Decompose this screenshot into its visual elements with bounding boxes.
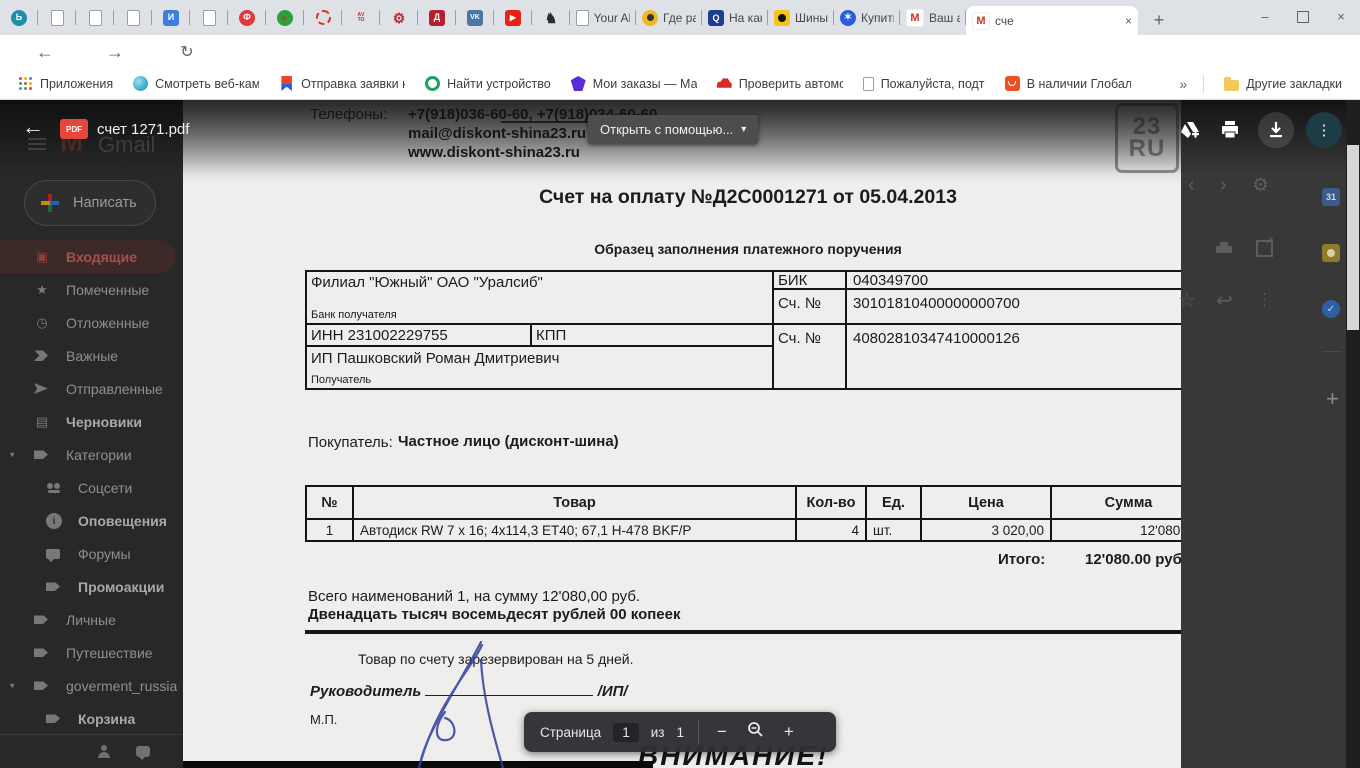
- tag-icon: [34, 648, 48, 657]
- people-icon: [46, 480, 62, 496]
- apps-icon: [18, 76, 33, 91]
- other-bookmarks-label: Другие закладки: [1246, 77, 1342, 91]
- sidebar-item-черновики[interactable]: ▤Черновики: [0, 405, 183, 438]
- tab-3[interactable]: Шины Т: [768, 0, 834, 35]
- pinned-tabs: ЬИФ▸АV ТО⚙ДVK▶♞: [0, 0, 570, 35]
- table-row: 1Автодиск RW 7 x 16; 4x114,3 ET40; 67,1 …: [307, 518, 1181, 540]
- sidebar-item-промоакции[interactable]: Промоакции: [0, 570, 183, 603]
- tag-icon: [34, 681, 48, 690]
- inbox-icon: ▣: [34, 249, 50, 265]
- sidebar-item-label: Черновики: [66, 414, 142, 430]
- pinned-tab-dashed-ring[interactable]: [304, 0, 342, 35]
- table-header-cell: Товар: [354, 487, 797, 518]
- bookmark-6[interactable]: Пожалуйста, подтве: [853, 72, 995, 96]
- vk-icon: VK: [467, 10, 483, 26]
- gmail-icon: M: [906, 9, 924, 27]
- printer-icon: [1219, 119, 1241, 141]
- avto-icon: АV ТО: [355, 10, 367, 26]
- pinned-tab-yandex[interactable]: И: [152, 0, 190, 35]
- sidebar-item-label: Корзина: [78, 711, 135, 727]
- hangouts-icon[interactable]: [136, 746, 150, 757]
- bank-table: Филиал "Южный" ОАО "Уралсиб" Банк получа…: [305, 270, 1181, 390]
- table-cell: Автодиск RW 7 x 16; 4x114,3 ET40; 67,1 Н…: [354, 518, 797, 540]
- zoom-in-button[interactable]: +: [780, 722, 798, 742]
- table-header-cell: Сумма: [1052, 487, 1181, 518]
- page-label: Страница: [540, 725, 601, 740]
- pinned-tab-avto[interactable]: АV ТО: [342, 0, 380, 35]
- info-icon: [46, 513, 62, 529]
- total-pages: 1: [676, 725, 684, 740]
- sidebar-item-label: Помеченные: [66, 282, 149, 298]
- close-window-button[interactable]: ×: [1322, 0, 1360, 33]
- corr-account-value: 30101810400000000700: [853, 295, 1020, 312]
- sidebar-item-форумы[interactable]: Форумы: [0, 537, 183, 570]
- bookmark-5[interactable]: Проверить автомоб: [707, 72, 853, 96]
- ring-icon: [425, 76, 440, 91]
- star-message-icon[interactable]: ☆: [1178, 288, 1196, 313]
- send-icon: [34, 383, 48, 394]
- sidebar-item-важные[interactable]: Важные: [0, 339, 183, 372]
- sidebar-item-отправленные[interactable]: Отправленные: [0, 372, 183, 405]
- more-options-button[interactable]: ⋮: [1306, 112, 1342, 148]
- tasks-icon[interactable]: ✓: [1322, 300, 1340, 318]
- chevron-down-icon: ▾: [741, 124, 746, 135]
- kpp-label: КПП: [536, 327, 566, 344]
- car-icon: [717, 76, 732, 91]
- company-logo: 23 RU: [1115, 103, 1179, 173]
- ysquare-icon: [774, 10, 790, 26]
- pinned-tab-red-gear[interactable]: ⚙: [380, 0, 418, 35]
- invoice-subtitle: Образец заполнения платежного поручения: [363, 241, 1133, 257]
- chat-icon: [46, 549, 60, 559]
- bookmarks-overflow-button[interactable]: »: [1173, 76, 1193, 92]
- sidebar-footer: [0, 734, 183, 768]
- youtube-icon: ▶: [505, 10, 521, 26]
- browser-window: ЬИФ▸АV ТО⚙ДVK▶♞ Your AlГде разQНа какШин…: [0, 0, 1360, 768]
- pdf-preview-overlay: Написать ▣Входящие★Помеченные◷Отложенные…: [0, 100, 1360, 768]
- bookmark-label: Мои заказы — Марк: [593, 77, 697, 91]
- table-header-cell: №: [307, 487, 354, 518]
- chess-knight-icon: ♞: [543, 10, 559, 26]
- tab-label: сче: [995, 14, 1014, 28]
- chevron-down-icon[interactable]: ▾: [10, 680, 15, 691]
- account-label: Сч. №: [778, 330, 821, 347]
- back-arrow-icon[interactable]: ←: [22, 114, 44, 140]
- window-controls: – ×: [1246, 0, 1360, 33]
- bookmark-label: Пожалуйста, подтве: [881, 77, 985, 91]
- table-header-cell: Кол-во: [797, 487, 867, 518]
- print-ghost-icon[interactable]: [1216, 242, 1232, 256]
- add-addon-icon[interactable]: +: [1326, 386, 1339, 412]
- keep-bulb: [1327, 249, 1335, 257]
- bookmarks-list: ПриложенияСмотреть веб-камерОтправка зая…: [8, 72, 1141, 96]
- page-of-label: из: [651, 725, 665, 740]
- message-menu-icon[interactable]: ⋮: [1256, 290, 1273, 310]
- bookmark-4[interactable]: Мои заказы — Марк: [561, 72, 707, 96]
- bookmark-2[interactable]: Отправка заявки на: [269, 72, 415, 96]
- clock-icon: ◷: [34, 315, 50, 331]
- sidebar-item-goverment_russia[interactable]: ▾goverment_russia: [0, 669, 183, 702]
- invoice-title: Счет на оплату №Д2С0001271 от 05.04.2013: [363, 186, 1133, 209]
- phones-label: Телефоны:: [310, 106, 387, 123]
- maximize-icon: [1297, 11, 1309, 23]
- table-cell: 12'080,00: [1052, 518, 1181, 540]
- sidebar-item-личные[interactable]: Личные: [0, 603, 183, 636]
- director-suffix: /ИП/: [598, 683, 628, 700]
- pinned-tab-chess-knight[interactable]: ♞: [532, 0, 570, 35]
- zoom-reset-button[interactable]: [743, 721, 768, 743]
- sidebar-item-label: Личные: [66, 612, 116, 628]
- bookmark-label: Смотреть веб-камер: [155, 77, 259, 91]
- reply-icon[interactable]: ↩: [1216, 288, 1233, 313]
- download-button[interactable]: [1258, 112, 1294, 148]
- sidebar-item-label: Соцсети: [78, 480, 132, 496]
- tab-strip: ЬИФ▸АV ТО⚙ДVK▶♞ Your AlГде разQНа какШин…: [0, 0, 1360, 35]
- buyer-label: Покупатель:: [308, 434, 393, 451]
- pinned-tab-youtube[interactable]: ▶: [494, 0, 532, 35]
- forward-button[interactable]: →: [102, 39, 128, 65]
- tab-label: Ваш ак: [929, 11, 960, 25]
- current-page-field[interactable]: 1: [613, 723, 639, 742]
- plus-icon: [41, 194, 59, 212]
- tag-icon: [46, 582, 60, 591]
- yandex-icon: И: [163, 10, 179, 26]
- bookmark-1[interactable]: Смотреть веб-камер: [123, 72, 269, 96]
- bookmark-label: В наличии Глобальн: [1027, 77, 1131, 91]
- pin-icon: [279, 76, 294, 91]
- open-with-label: Открыть с помощью...: [600, 122, 733, 137]
- tab-4[interactable]: ✶Купить: [834, 0, 900, 35]
- maximize-button[interactable]: [1284, 0, 1322, 33]
- pager-divider: [698, 721, 699, 743]
- sidebar-item-соцсети[interactable]: Соцсети: [0, 471, 183, 504]
- fonbet-icon: Ф: [239, 10, 255, 26]
- table-cell: 4: [797, 518, 867, 540]
- email-value: mail@diskont-shina23.ru: [408, 125, 586, 142]
- other-bookmarks-button[interactable]: Другие закладки: [1214, 72, 1352, 96]
- sidebar-item-label: Отложенные: [66, 315, 149, 331]
- pinned-tab-fonbet[interactable]: Ф: [228, 0, 266, 35]
- summary-line1: Всего наименований 1, на сумму 12'080,00…: [308, 588, 640, 605]
- open-with-button[interactable]: Открыть с помощью... ▾: [588, 115, 758, 144]
- circle-icon: [133, 76, 148, 91]
- drom-icon: Д: [429, 10, 445, 26]
- sidebar-item-label: goverment_russia: [66, 678, 177, 694]
- sidebar-item-оповещения[interactable]: Оповещения: [0, 504, 183, 537]
- blank-page-icon: [51, 10, 64, 26]
- green-circle-icon: ▸: [277, 10, 293, 26]
- table-cell: шт.: [867, 518, 922, 540]
- corr-account-label: Сч. №: [778, 295, 821, 312]
- blank-page-icon: [127, 10, 140, 26]
- inn-value: ИНН 231002229755: [311, 327, 448, 344]
- bookmarks-divider: [1203, 75, 1204, 93]
- minimize-button[interactable]: –: [1246, 0, 1284, 33]
- chevron-down-icon[interactable]: ▾: [10, 449, 15, 460]
- doc-icon: ▤: [34, 414, 50, 430]
- panel-divider: [1322, 351, 1342, 352]
- doc-icon: [863, 77, 874, 91]
- scrollbar-thumb[interactable]: [1347, 145, 1359, 330]
- sidebar-item-label: Промоакции: [78, 579, 164, 595]
- compose-label: Написать: [73, 195, 137, 211]
- gmail-sidebar: Написать ▣Входящие★Помеченные◷Отложенные…: [0, 100, 183, 768]
- compose-button[interactable]: Написать: [24, 180, 156, 226]
- tab-label: Где раз: [663, 11, 696, 25]
- tab-label: Your Al: [594, 11, 630, 25]
- items-table: №ТоварКол-воЕд.ЦенаСумма1Автодиск RW 7 x…: [305, 485, 1181, 542]
- ycircle-icon: [642, 10, 658, 26]
- pinned-tab-green-circle[interactable]: ▸: [266, 0, 304, 35]
- sidebar-item-корзина[interactable]: Корзина: [0, 702, 183, 735]
- bank-name: Филиал "Южный" ОАО "Уралсиб": [311, 274, 543, 291]
- bag-icon: [1005, 76, 1020, 91]
- newer-conversation-icon[interactable]: ›: [1220, 174, 1227, 197]
- total-value: 12'080.00 руб: [1085, 551, 1181, 568]
- tab-2[interactable]: QНа как: [702, 0, 768, 35]
- tag-icon: [46, 714, 60, 723]
- sidebar-item-отложенные[interactable]: ◷Отложенные: [0, 306, 183, 339]
- page-icon: [576, 10, 589, 26]
- sidebar-item-label: Категории: [66, 447, 132, 463]
- older-conversation-icon[interactable]: ‹: [1188, 174, 1195, 197]
- recipient-name: ИП Пашковский Роман Дмитриевич: [311, 350, 560, 367]
- settings-gear-icon[interactable]: ⚙: [1252, 174, 1269, 197]
- print-button[interactable]: [1218, 118, 1242, 142]
- bookmark-0[interactable]: Приложения: [8, 72, 123, 96]
- zoom-out-button[interactable]: −: [713, 722, 731, 742]
- new-tab-button[interactable]: +: [1144, 5, 1174, 35]
- dashed-ring-icon: [316, 10, 331, 25]
- tab-1[interactable]: Где раз: [636, 0, 702, 35]
- pinned-tab-drom[interactable]: Д: [418, 0, 456, 35]
- bookmarks-bar: ПриложенияСмотреть веб-камерОтправка зая…: [0, 68, 1360, 100]
- kebab-icon: ⋮: [1317, 121, 1332, 139]
- sidebar-item-label: Форумы: [78, 546, 131, 562]
- table-header-cell: Цена: [922, 487, 1052, 518]
- blank-page-icon: [89, 10, 102, 26]
- gmail-icon: M: [972, 12, 990, 30]
- gem-icon: [571, 76, 586, 91]
- reload-button[interactable]: ↻: [174, 39, 200, 65]
- bookmarks-right: » Другие закладки: [1173, 72, 1352, 96]
- bookmark-label: Отправка заявки на: [301, 77, 405, 91]
- bookmark-7[interactable]: В наличии Глобальн: [995, 72, 1141, 96]
- logo-line2: RU: [1129, 138, 1166, 160]
- teal-logo-icon: Ь: [11, 10, 27, 26]
- pinned-tab-blank-page[interactable]: [114, 0, 152, 35]
- bik-label: БИК: [778, 272, 807, 289]
- bank-label: Банк получателя: [311, 309, 397, 321]
- scrollbar[interactable]: [1346, 100, 1360, 768]
- sidebar-item-label: Входящие: [66, 249, 137, 265]
- tab-close-icon[interactable]: ×: [1125, 14, 1132, 28]
- tab-label: На как: [729, 11, 762, 25]
- tab-5[interactable]: MВаш ак: [900, 0, 966, 35]
- tab-label: Шины Т: [795, 11, 828, 25]
- folder-icon: [1224, 80, 1239, 91]
- sidebar-item-label: Важные: [66, 348, 118, 364]
- bcircle-icon: ✶: [840, 10, 856, 26]
- tab-label: Купить: [861, 11, 894, 25]
- pinned-tab-blank-page[interactable]: [190, 0, 228, 35]
- important-icon: [34, 350, 48, 361]
- open-in-new-icon[interactable]: [1256, 240, 1273, 257]
- star-icon: ★: [34, 282, 50, 298]
- bookmark-label: Приложения: [40, 77, 113, 91]
- account-value: 40802810347410000126: [853, 330, 1020, 347]
- sidebar-item-категории[interactable]: ▾Категории: [0, 438, 183, 471]
- sidebar-item-label: Отправленные: [66, 381, 163, 397]
- pdf-file-icon: PDF: [60, 119, 88, 139]
- tag-icon: [34, 450, 48, 459]
- sidebar-item-label: Путешествие: [66, 645, 153, 661]
- pinned-tab-blank-page[interactable]: [38, 0, 76, 35]
- blank-page-icon: [203, 10, 216, 26]
- recipient-label: Получатель: [311, 374, 371, 386]
- tab-active[interactable]: Mсче×: [966, 6, 1138, 35]
- table-header-cell: Ед.: [867, 487, 922, 518]
- signature: [363, 620, 533, 768]
- table-cell: 3 020,00: [922, 518, 1052, 540]
- browser-toolbar: ← → ↻ https://mail.google.com/mail/u/1/#…: [0, 35, 1360, 68]
- sidebar-item-label: Оповещения: [78, 513, 167, 529]
- calendar-icon[interactable]: 31: [1322, 188, 1340, 206]
- sidebar-item-входящие[interactable]: ▣Входящие: [0, 240, 176, 273]
- bookmark-label: Найти устройство: [447, 77, 551, 91]
- tabs: Your AlГде разQНа какШины Т✶КупитьMВаш а…: [570, 0, 1138, 35]
- tag-icon: [34, 615, 48, 624]
- pinned-tab-blank-page[interactable]: [76, 0, 114, 35]
- website-value: www.diskont-shina23.ru: [408, 144, 580, 161]
- stamp-label: М.П.: [310, 712, 337, 727]
- magnifier-icon: [747, 721, 764, 738]
- table-header-row: №ТоварКол-воЕд.ЦенаСумма: [307, 487, 1181, 518]
- table-cell: 1: [307, 518, 354, 540]
- bsquare-icon: Q: [708, 10, 724, 26]
- contacts-icon[interactable]: [96, 744, 112, 760]
- total-label: Итого:: [998, 551, 1045, 568]
- bookmark-3[interactable]: Найти устройство: [415, 72, 561, 96]
- back-button[interactable]: ←: [32, 39, 58, 65]
- red-gear-icon: ⚙: [391, 10, 407, 26]
- bookmark-label: Проверить автомоб: [739, 77, 843, 91]
- pdf-page: Телефоны: +7(918)036-60-60, +7(918)034-6…: [183, 100, 1181, 768]
- sidebar-item-помеченные[interactable]: ★Помеченные: [0, 273, 183, 306]
- pinned-tab-teal-logo[interactable]: Ь: [0, 0, 38, 35]
- download-icon: [1266, 120, 1286, 140]
- pdf-filename: счет 1271.pdf: [97, 121, 189, 138]
- sidebar-item-путешествие[interactable]: Путешествие: [0, 636, 183, 669]
- bik-value: 040349700: [853, 272, 928, 289]
- drive-icon: [1179, 119, 1201, 141]
- tab-0[interactable]: Your Al: [570, 0, 636, 35]
- add-to-drive-button[interactable]: [1178, 118, 1202, 142]
- keep-icon[interactable]: [1322, 244, 1340, 262]
- page-toolbar: Страница 1 из 1 − +: [524, 712, 836, 752]
- sidebar-items: ▣Входящие★Помеченные◷ОтложенныеВажныеОтп…: [0, 240, 183, 735]
- pinned-tab-vk[interactable]: VK: [456, 0, 494, 35]
- buyer-value: Частное лицо (дисконт-шина): [398, 433, 619, 450]
